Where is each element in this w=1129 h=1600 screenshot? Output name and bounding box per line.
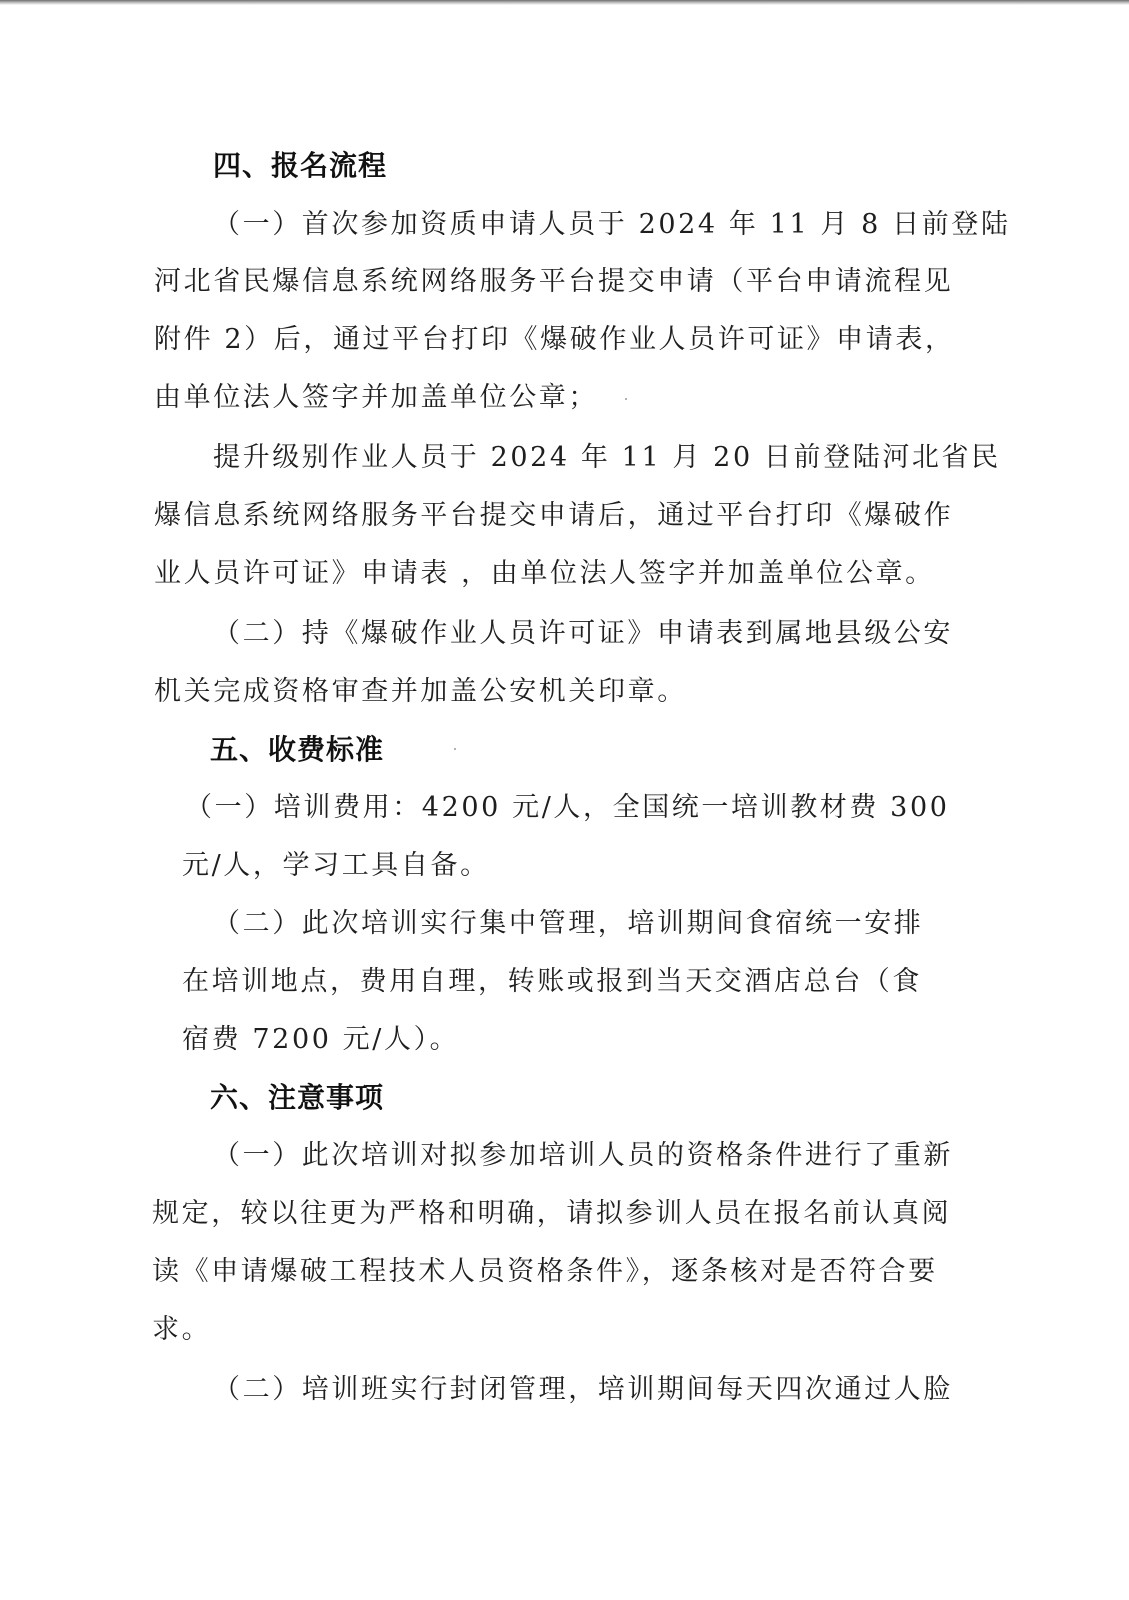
paragraph-line: 业人员许可证》申请表 ，由单位法人签字并加盖单位公章。	[154, 556, 935, 592]
section-heading-notes: 六、注意事项	[210, 1080, 384, 1116]
paragraph-line: 元/人，学习工具自备。	[182, 848, 490, 884]
paragraph-line: 附件 2）后，通过平台打印《爆破作业人员许可证》申请表，	[154, 322, 955, 358]
paragraph-line: （二）此次培训实行集中管理，培训期间食宿统一安排	[213, 906, 923, 942]
paragraph-line: 规定，较以往更为严格和明确，请拟参训人员在报名前认真阅	[152, 1196, 951, 1232]
paragraph-line: 机关完成资格审查并加盖公安机关印章。	[154, 674, 687, 710]
paragraph-line: 宿费 7200 元/人）。	[182, 1022, 459, 1058]
paragraph-line: （一）此次培训对拟参加培训人员的资格条件进行了重新	[213, 1138, 953, 1174]
paragraph-line: （一）培训费用：4200 元/人，全国统一培训教材费 300	[185, 790, 950, 826]
scan-speck	[454, 748, 456, 750]
section-heading-fee-standard: 五、收费标准	[210, 732, 384, 768]
scan-speck	[797, 567, 799, 569]
paragraph-line: 由单位法人签字并加盖单位公章；	[154, 380, 598, 416]
paragraph-line: 提升级别作业人员于 2024 年 11 月 20 日前登陆河北省民	[213, 440, 1001, 476]
scan-speck	[625, 398, 627, 400]
paragraph-line: 求。	[152, 1312, 211, 1348]
paragraph-line: 河北省民爆信息系统网络服务平台提交申请（平台申请流程见	[154, 264, 953, 300]
paragraph-line: （二）培训班实行封闭管理，培训期间每天四次通过人脸	[213, 1372, 953, 1408]
paragraph-line: 读《申请爆破工程技术人员资格条件》，逐条核对是否符合要	[152, 1254, 938, 1290]
document-page: 四、报名流程 （一）首次参加资质申请人员于 2024 年 11 月 8 日前登陆…	[0, 0, 1129, 1600]
paragraph-line: （一）首次参加资质申请人员于 2024 年 11 月 8 日前登陆	[213, 207, 1011, 243]
paragraph-line: 爆信息系统网络服务平台提交申请后，通过平台打印《爆破作	[154, 498, 953, 534]
section-heading-registration-process: 四、报名流程	[213, 148, 387, 184]
paragraph-line: （二）持《爆破作业人员许可证》申请表到属地县级公安	[213, 616, 953, 652]
paragraph-line: 在培训地点，费用自理，转账或报到当天交酒店总台（食	[182, 964, 922, 1000]
